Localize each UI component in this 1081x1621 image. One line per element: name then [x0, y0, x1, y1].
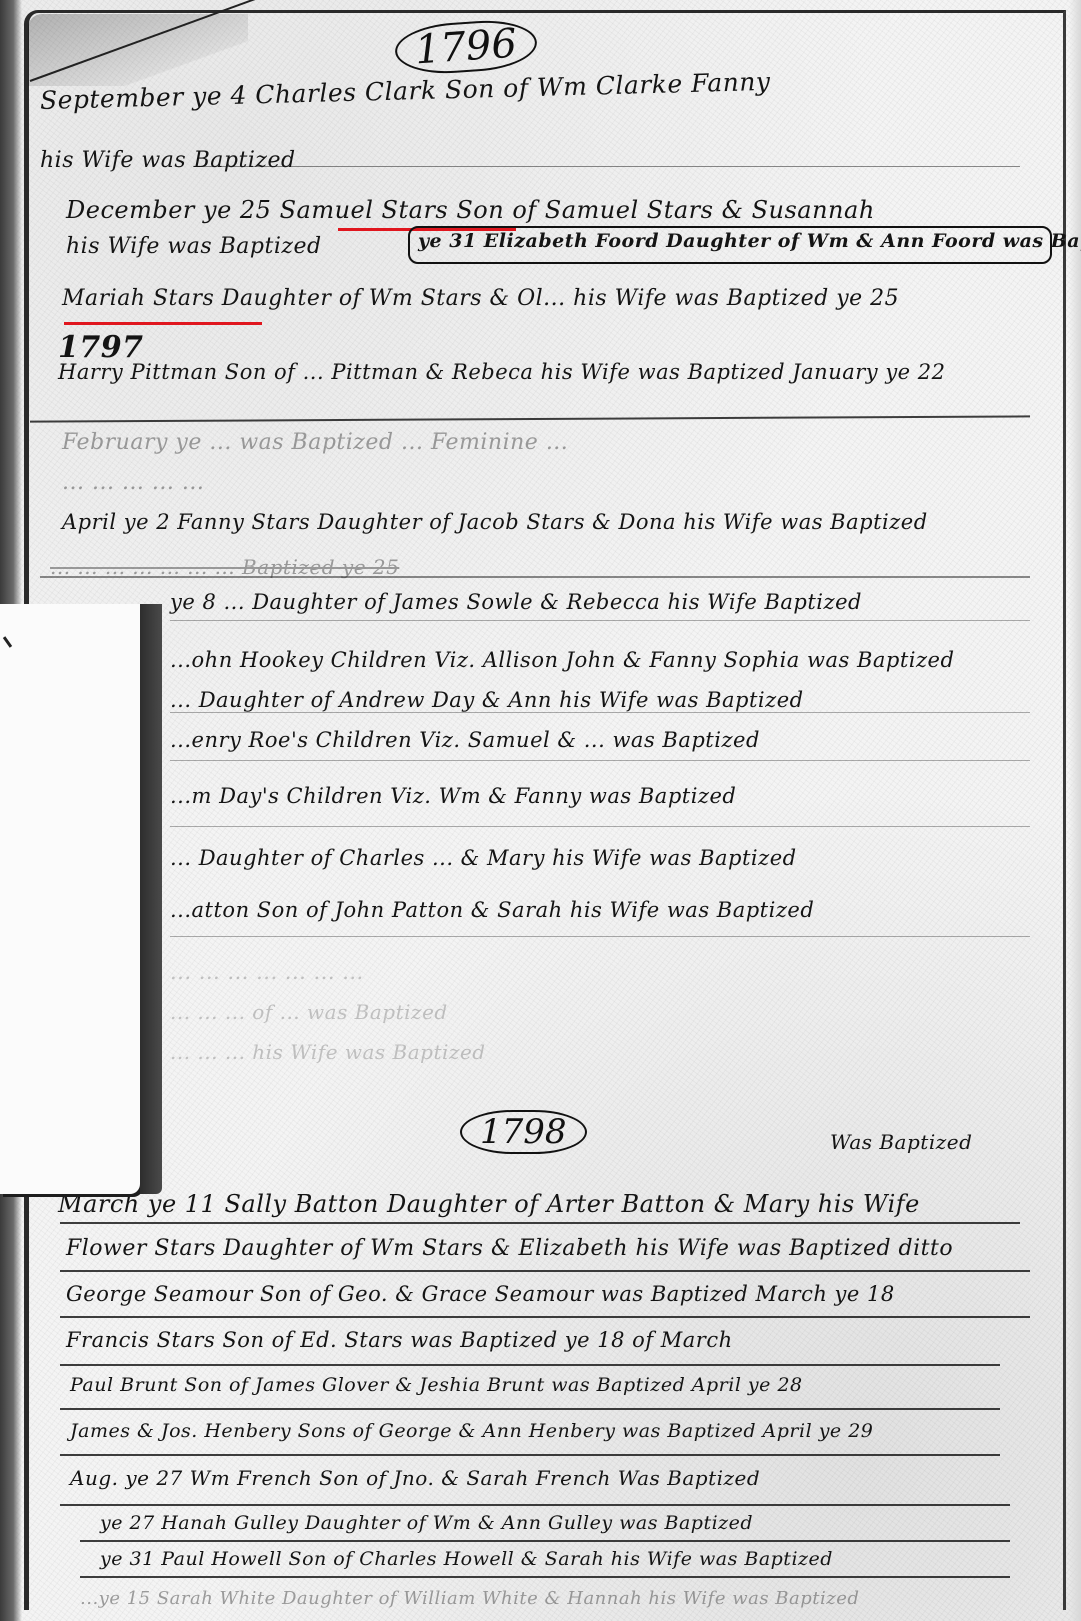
ruled-line [170, 712, 1030, 713]
entry-2-line-2: his Wife was Baptized [66, 234, 322, 259]
year-heading-1798: 1798 [460, 1110, 587, 1154]
entry-20-line-1: Flower Stars Daughter of Wm Stars & Eliz… [66, 1236, 953, 1261]
entry-19-was-baptized: Was Baptized [830, 1130, 972, 1154]
ruled-line [40, 576, 1030, 578]
entry-27-line-1: ye 31 Paul Howell Son of Charles Howell … [100, 1548, 833, 1570]
ruled-line [60, 1408, 1000, 1410]
overlay-paper-shadow [140, 604, 162, 1194]
name-highlight-underline [64, 322, 262, 325]
ruled-line [170, 936, 1030, 937]
entry-4-line-1: Mariah Stars Daughter of Wm Stars & Ol..… [62, 286, 899, 311]
entry-12-line-1: ...enry Roe's Children Viz. Samuel & ...… [170, 728, 760, 752]
overlay-paper-slip [0, 604, 140, 1194]
ruled-line [60, 1222, 1020, 1224]
ruled-line [80, 1576, 1010, 1578]
entry-19-line-1: March ye 11 Sally Batton Daughter of Art… [58, 1190, 920, 1218]
entry-13-line-1: ...m Day's Children Viz. Wm & Fanny was … [170, 784, 736, 808]
corner-fold-shading [28, 14, 248, 86]
entry-15-line-1: ...atton Son of John Patton & Sarah his … [170, 898, 814, 922]
ruled-line [200, 166, 1020, 167]
entry-2-line-1: December ye 25 Samuel Stars Son of Samue… [66, 196, 875, 224]
entry-9-line-1: ye 8 ... Daughter of James Sowle & Rebec… [170, 590, 862, 614]
entry-3-inset: ye 31 Elizabeth Foord Daughter of Wm & A… [418, 230, 1081, 252]
entry-28-line-1: ...ye 15 Sarah White Daughter of William… [80, 1588, 859, 1609]
ruled-line [60, 1316, 1030, 1318]
ruled-line [60, 1364, 1000, 1366]
entry-16-line-1: ... ... ... ... ... ... ... [170, 960, 364, 984]
entry-5-line-1: Harry Pittman Son of ... Pittman & Rebec… [58, 360, 946, 384]
ruled-line [60, 1454, 1000, 1456]
entry-17-line-1: ... ... ... of ... was Baptized [170, 1000, 448, 1024]
entry-11-line-1: ... Daughter of Andrew Day & Ann his Wif… [170, 688, 804, 712]
entry-6-line-1: February ye ... was Baptized ... Feminin… [62, 430, 568, 455]
entry-1-line-2: his Wife was Baptized [40, 148, 296, 173]
entry-22-line-1: Francis Stars Son of Ed. Stars was Bapti… [66, 1328, 733, 1352]
ruled-line [60, 1504, 1010, 1506]
entry-25-line-1: Aug. ye 27 Wm French Son of Jno. & Sarah… [70, 1466, 760, 1490]
ruled-line [170, 620, 1030, 621]
entry-7-line-1: April ye 2 Fanny Stars Daughter of Jacob… [62, 510, 928, 534]
entry-10-line-1: ...ohn Hookey Children Viz. Allison John… [170, 648, 954, 672]
entry-18-line-1: ... ... ... his Wife was Baptized [170, 1040, 486, 1064]
entry-26-line-1: ye 27 Hanah Gulley Daughter of Wm & Ann … [100, 1512, 753, 1534]
entry-21-line-1: George Seamour Son of Geo. & Grace Seamo… [66, 1282, 895, 1306]
entry-23-line-1: Paul Brunt Son of James Glover & Jeshia … [70, 1374, 803, 1396]
ruled-line [80, 1540, 1010, 1542]
ruled-line [170, 760, 1030, 761]
entry-6-line-2: ... ... ... ... ... [62, 470, 204, 495]
ruled-line [60, 1270, 1030, 1272]
ruled-line [170, 826, 1030, 827]
entry-14-line-1: ... Daughter of Charles ... & Mary his W… [170, 846, 797, 870]
entry-24-line-1: James & Jos. Henbery Sons of George & An… [70, 1420, 873, 1442]
